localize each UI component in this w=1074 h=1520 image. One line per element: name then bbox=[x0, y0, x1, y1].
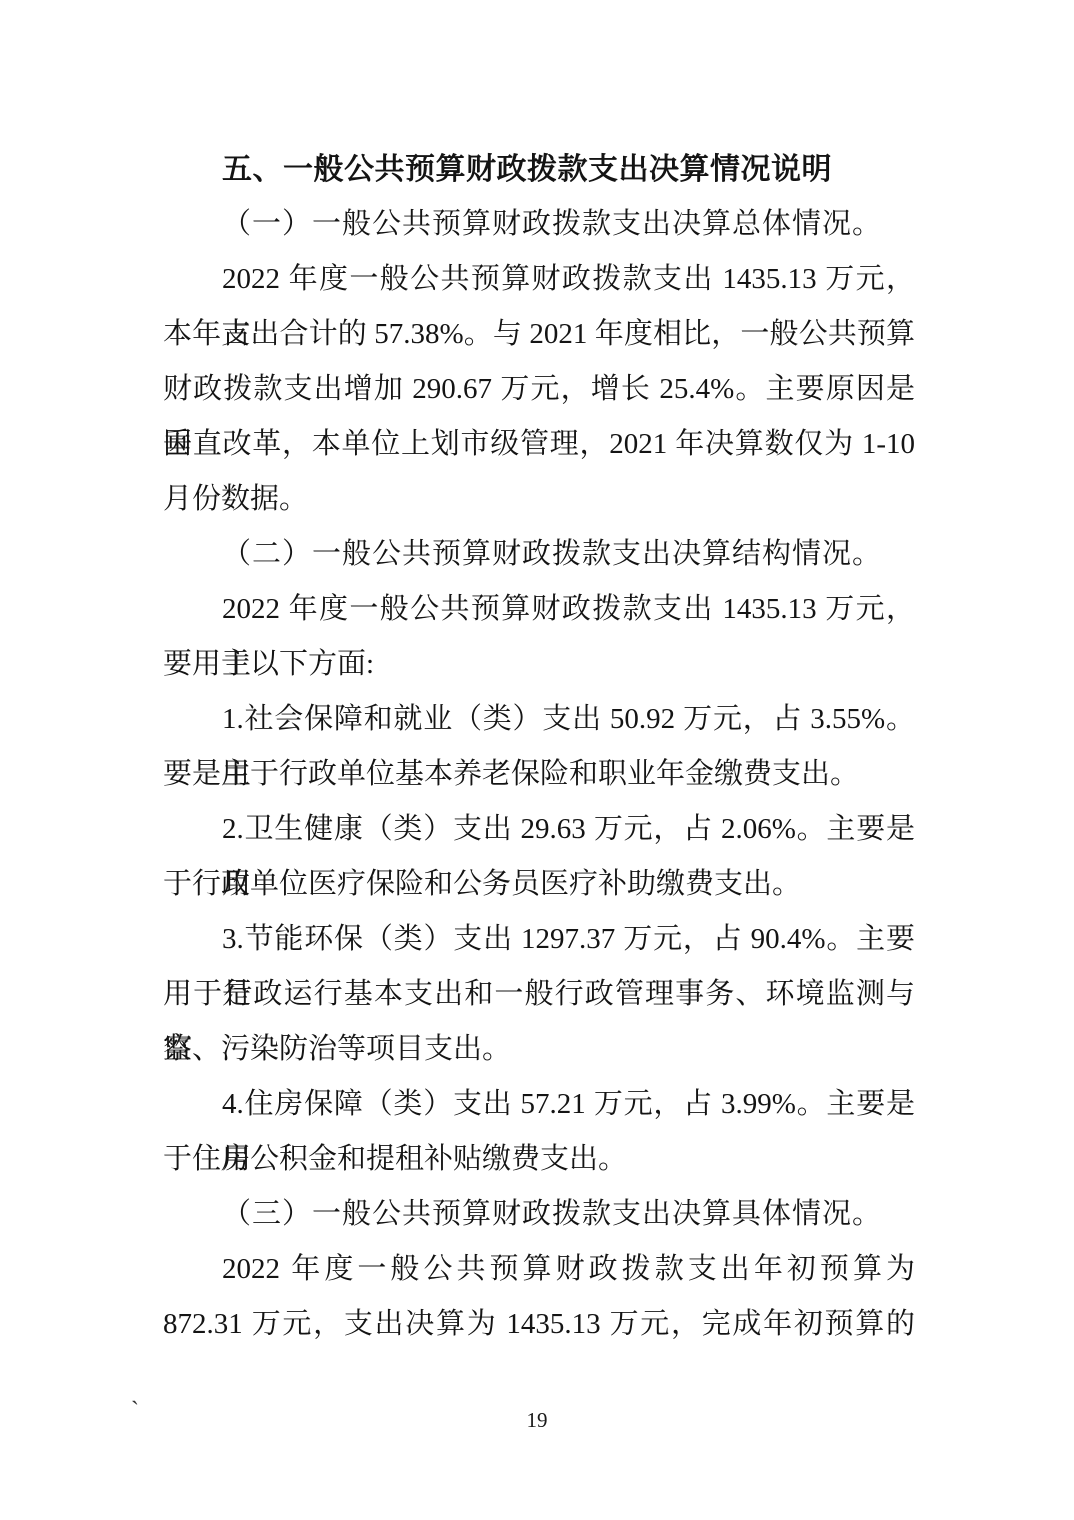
paragraph-line: 本年支出合计的 57.38%。与 2021 年度相比，一般公共预算 bbox=[163, 307, 915, 362]
paragraph-line: 2022 年度一般公共预算财政拨款支出 1435.13 万元，占 bbox=[163, 252, 915, 307]
paragraph-line: 2022 年度一般公共预算财政拨款支出年初预算为 bbox=[163, 1242, 915, 1297]
subheading-1: （一）一般公共预算财政拨款支出决算总体情况。 bbox=[163, 197, 915, 252]
paragraph-line: 2022 年度一般公共预算财政拨款支出 1435.13 万元，主 bbox=[163, 582, 915, 637]
document-content: 五、一般公共预算财政拨款支出决算情况说明 （一）一般公共预算财政拨款支出决算总体… bbox=[163, 142, 915, 1352]
paragraph-line: 察、污染防治等项目支出。 bbox=[163, 1022, 915, 1077]
paragraph-line: 要用于以下方面: bbox=[163, 637, 915, 692]
paragraph-line: 872.31 万元，支出决算为 1435.13 万元，完成年初预算的 bbox=[163, 1297, 915, 1352]
paragraph-line: 于住房公积金和提租补贴缴费支出。 bbox=[163, 1132, 915, 1187]
paragraph-line: 垂直改革，本单位上划市级管理，2021 年决算数仅为 1-10 bbox=[163, 417, 915, 472]
document-page: 五、一般公共预算财政拨款支出决算情况说明 （一）一般公共预算财政拨款支出决算总体… bbox=[0, 0, 1074, 1520]
subheading-2: （二）一般公共预算财政拨款支出决算结构情况。 bbox=[163, 527, 915, 582]
page-number: 19 bbox=[0, 1404, 1074, 1436]
paragraph-line: 用于行政运行基本支出和一般行政管理事务、环境监测与监 bbox=[163, 967, 915, 1022]
paragraph-line: 4.住房保障（类）支出 57.21 万元，占 3.99%。主要是用 bbox=[163, 1077, 915, 1132]
paragraph-line: 1.社会保障和就业（类）支出 50.92 万元，占 3.55%。主 bbox=[163, 692, 915, 747]
subheading-3: （三）一般公共预算财政拨款支出决算具体情况。 bbox=[163, 1187, 915, 1242]
paragraph-line: 要是用于行政单位基本养老保险和职业年金缴费支出。 bbox=[163, 747, 915, 802]
paragraph-line: 2.卫生健康（类）支出 29.63 万元，占 2.06%。主要是用 bbox=[163, 802, 915, 857]
paragraph-line: 于行政单位医疗保险和公务员医疗补助缴费支出。 bbox=[163, 857, 915, 912]
section-title: 五、一般公共预算财政拨款支出决算情况说明 bbox=[163, 142, 915, 197]
paragraph-line: 财政拨款支出增加 290.67 万元，增长 25.4%。主要原因是因 bbox=[163, 362, 915, 417]
paragraph-line: 月份数据。 bbox=[163, 472, 915, 527]
paragraph-line: 3.节能环保（类）支出 1297.37 万元，占 90.4%。主要是 bbox=[163, 912, 915, 967]
